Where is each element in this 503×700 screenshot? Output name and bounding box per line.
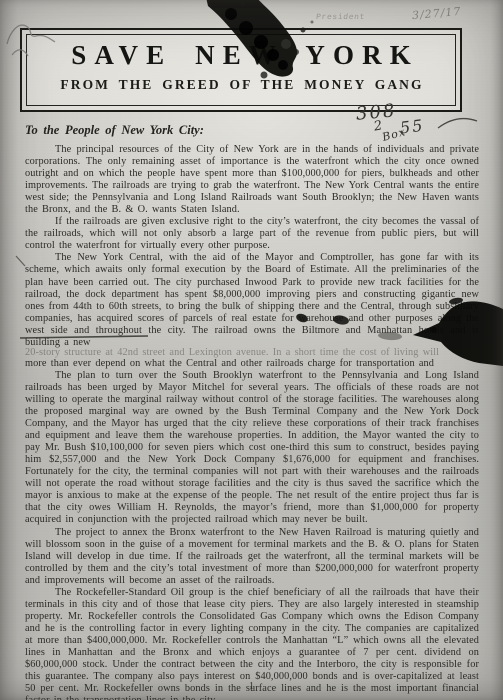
body-paragraph-2: If the railroads are given exclusive rig…	[25, 216, 479, 252]
salutation: To the People of New York City:	[25, 123, 204, 138]
scanned-pamphlet-page: SAVE NEW YORK FROM THE GREED OF THE MONE…	[0, 0, 503, 700]
handwritten-mark-55: 55	[399, 116, 425, 138]
faint-stamp-text: President	[316, 13, 366, 22]
page-number: 1	[0, 681, 503, 692]
masthead-box: SAVE NEW YORK FROM THE GREED OF THE MONE…	[20, 28, 462, 112]
body-paragraph-6: The plan to turn over the South Brooklyn…	[25, 370, 479, 527]
pen-tick-margin	[16, 256, 25, 266]
body-paragraph-7: The project to annex the Bronx waterfron…	[25, 527, 479, 587]
pen-flourish	[438, 119, 477, 128]
body-paragraph-1: The principal resources of the City of N…	[25, 144, 479, 216]
handwritten-date: 3/27/17	[412, 5, 462, 22]
body-paragraph-4: 20-story structure at 42nd street and Le…	[25, 347, 479, 359]
body-text-column: The principal resources of the City of N…	[25, 144, 479, 700]
masthead-inner-border	[26, 34, 456, 106]
body-paragraph-3: The New York Central, with the aid of th…	[25, 252, 479, 348]
body-paragraph-5: more than ever depend on what the Centra…	[25, 358, 479, 370]
